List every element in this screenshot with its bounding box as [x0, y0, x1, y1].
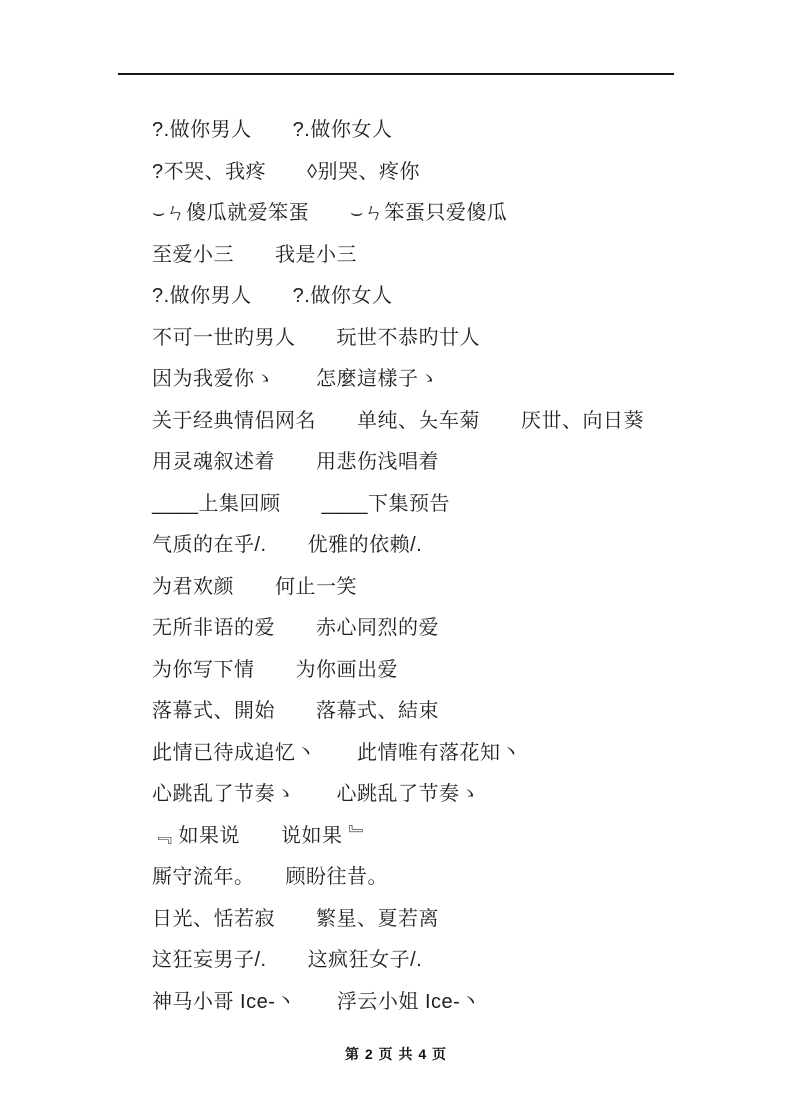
name-pair-line: ____上集回顾 ____下集预告: [152, 481, 752, 523]
name-pair-line: 气质的在乎/. 优雅的依赖/.: [152, 522, 752, 564]
name-pair-line: 无所非语的爱 赤心同烈的爱: [152, 605, 752, 647]
document-page: ?.做你男人 ?.做你女人 ?不哭、我疼 ◊别哭、疼你 ⌣ㄣ傻瓜就爱笨蛋 ⌣ㄣ笨…: [0, 0, 792, 1120]
name-pair-line: 此情已待成追忆丶 此情唯有落花知丶: [152, 730, 752, 772]
name-pair-line: 心跳乱了节奏ゝ 心跳乱了节奏ゝ: [152, 771, 752, 813]
name-pair-line: 日光、恬若寂 繁星、夏若离: [152, 896, 752, 938]
name-pair-line: ?不哭、我疼 ◊别哭、疼你: [152, 149, 752, 191]
name-pair-line: 厮守流年。 顾盼往昔。: [152, 854, 752, 896]
name-pair-line: 落幕式、開始 落幕式、結束: [152, 688, 752, 730]
name-pair-line: 用灵魂叙述着 用悲伤浅唱着: [152, 439, 752, 481]
name-pair-line: ?.做你男人 ?.做你女人: [152, 273, 752, 315]
name-pair-line: ⌣ㄣ傻瓜就爱笨蛋 ⌣ㄣ笨蛋只爱傻瓜: [152, 190, 752, 232]
header-rule-divider: [118, 73, 674, 75]
name-pair-line: 神马小哥 Ice-丶 浮云小姐 Ice-丶: [152, 979, 752, 1021]
name-pair-line: ﹃ 如果说 说如果 ﹄: [152, 813, 752, 855]
name-pair-line: 关于经典情侣网名 单纯、夨车菊 厌丗、向日葵: [152, 398, 752, 440]
page-number-footer: 第 2 页 共 4 页: [0, 1044, 792, 1064]
name-pair-line: 为君欢颜 何止一笑: [152, 564, 752, 606]
nickname-list: ?.做你男人 ?.做你女人 ?不哭、我疼 ◊别哭、疼你 ⌣ㄣ傻瓜就爱笨蛋 ⌣ㄣ笨…: [152, 107, 752, 1020]
name-pair-line: 因为我爱你ゝ 怎麼這樣子ゝ: [152, 356, 752, 398]
name-pair-line: 不可一世旳男人 玩世不恭旳廿人: [152, 315, 752, 357]
name-pair-line: ?.做你男人 ?.做你女人: [152, 107, 752, 149]
name-pair-line: 这狂妄男子/. 这疯狂女子/.: [152, 937, 752, 979]
name-pair-line: 为你写下情 为你画出爱: [152, 647, 752, 689]
name-pair-line: 至爱小三 我是小三: [152, 232, 752, 274]
